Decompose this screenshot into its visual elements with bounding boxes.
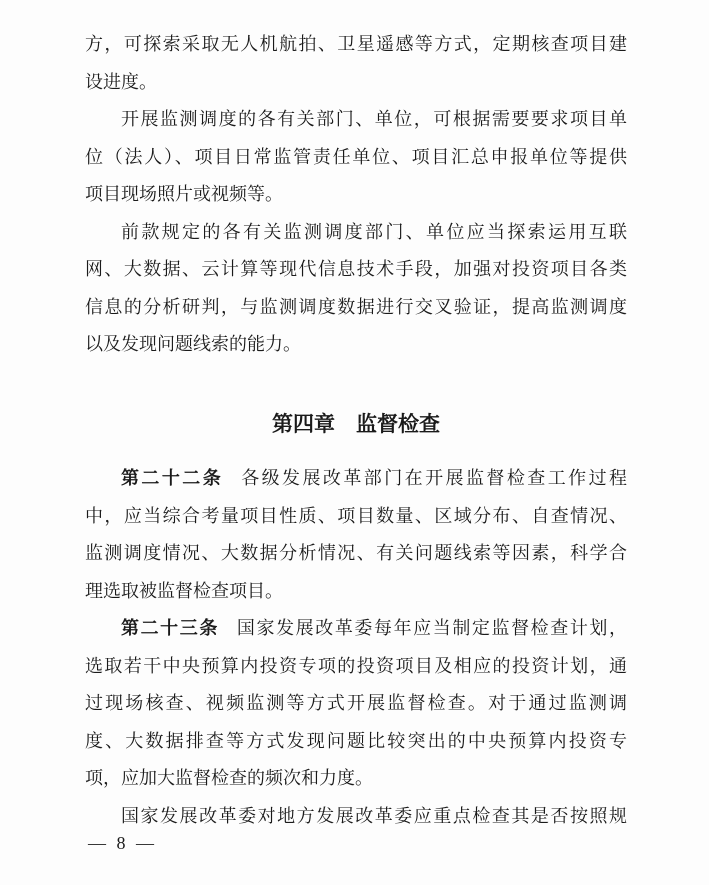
- document-body: 方，可探索采取无人机航拍、卫星遥感等方式，定期核查项目建 设进度。 开展监测调度…: [85, 26, 627, 835]
- text-line: 项，应加大监督检查的频次和力度。: [85, 760, 627, 798]
- text-line: 网、大数据、云计算等现代信息技术手段，加强对投资项目各类: [85, 251, 627, 289]
- text-line: 项目现场照片或视频等。: [85, 176, 627, 214]
- text-line: 第二十二条各级发展改革部门在开展监督检查工作过程: [85, 460, 627, 498]
- text-line: 中，应当综合考量项目性质、项目数量、区域分布、自查情况、: [85, 498, 627, 536]
- text-line: 第二十三条国家发展改革委每年应当制定监督检查计划，: [85, 610, 627, 648]
- text-line: 信息的分析研判，与监测调度数据进行交叉验证，提高监测调度: [85, 289, 627, 327]
- article-number: 第二十二条: [121, 468, 223, 488]
- text-line: 度、大数据排查等方式发现问题比较突出的中央预算内投资专: [85, 723, 627, 761]
- text-line: 过现场核查、视频监测等方式开展监督检查。对于通过监测调: [85, 685, 627, 723]
- text-line: 以及发现问题线索的能力。: [85, 326, 627, 364]
- text-line: 理选取被监督检查项目。: [85, 573, 627, 611]
- text-line: 设进度。: [85, 64, 627, 102]
- text-line: 选取若干中央预算内投资专项的投资项目及相应的投资计划，通: [85, 648, 627, 686]
- article-number: 第二十三条: [121, 618, 219, 638]
- document-page: 方，可探索采取无人机航拍、卫星遥感等方式，定期核查项目建 设进度。 开展监测调度…: [0, 0, 709, 885]
- text-line: 位（法人）、项目日常监管责任单位、项目汇总申报单位等提供: [85, 139, 627, 177]
- chapter-title: 监督检查: [356, 413, 440, 436]
- article-text: 各级发展改革部门在开展监督检查工作过程: [241, 468, 627, 488]
- text-line: 方，可探索采取无人机航拍、卫星遥感等方式，定期核查项目建: [85, 26, 627, 64]
- article-text: 国家发展改革委每年应当制定监督检查计划，: [237, 618, 627, 638]
- text-line: 监测调度情况、大数据分析情况、有关问题线索等因素，科学合: [85, 535, 627, 573]
- page-number: — 8 —: [88, 833, 157, 854]
- chapter-number: 第四章: [272, 413, 335, 436]
- text-line: 前款规定的各有关监测调度部门、单位应当探索运用互联: [85, 214, 627, 252]
- text-line: 国家发展改革委对地方发展改革委应重点检查其是否按照规: [85, 798, 627, 836]
- text-line: 开展监测调度的各有关部门、单位，可根据需要要求项目单: [85, 101, 627, 139]
- chapter-heading: 第四章监督检查: [85, 406, 627, 444]
